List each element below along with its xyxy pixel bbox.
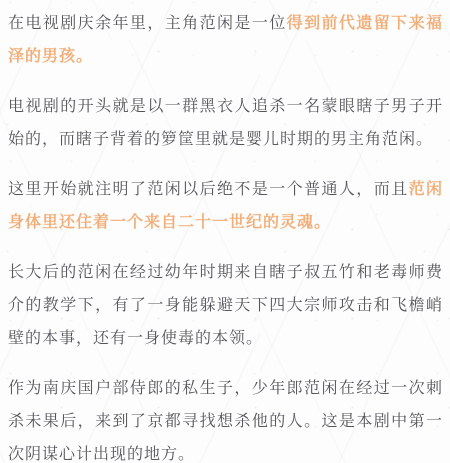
text-segment: 这里开始就注明了范闲以后绝不是一个普通人，而且: [8, 179, 409, 198]
text-segment: 电视剧的开头就是以一群黑衣人追杀一名蒙眼瞎子男子开始的，而瞎子背着的箩筐里就是婴…: [8, 96, 443, 148]
paragraph: 在电视剧庆余年里，主角范闲是一位得到前代遗留下来福泽的男孩。: [8, 6, 443, 72]
paragraph: 作为南庆国户部侍郎的私生子，少年郎范闲在经过一次刺杀未果后，来到了京都寻找想杀他…: [8, 371, 443, 463]
paragraph: 这里开始就注明了范闲以后绝不是一个普通人，而且范闲身体里还住着一个来自二十一世纪…: [8, 172, 443, 238]
article-body: 在电视剧庆余年里，主角范闲是一位得到前代遗留下来福泽的男孩。电视剧的开头就是以一…: [0, 0, 450, 463]
paragraph: 电视剧的开头就是以一群黑衣人追杀一名蒙眼瞎子男子开始的，而瞎子背着的箩筐里就是婴…: [8, 89, 443, 155]
text-segment: 在电视剧庆余年里，主角范闲是一位: [8, 13, 287, 32]
paragraph: 长大后的范闲在经过幼年时期来自瞎子叔五竹和老毒师费介的教学下，有了一身能躲避天下…: [8, 255, 443, 354]
text-segment: 长大后的范闲在经过幼年时期来自瞎子叔五竹和老毒师费介的教学下，有了一身能躲避天下…: [8, 262, 443, 347]
paragraph-container: 在电视剧庆余年里，主角范闲是一位得到前代遗留下来福泽的男孩。电视剧的开头就是以一…: [8, 6, 443, 463]
text-segment: 作为南庆国户部侍郎的私生子，少年郎范闲在经过一次刺杀未果后，来到了京都寻找想杀他…: [8, 378, 443, 463]
